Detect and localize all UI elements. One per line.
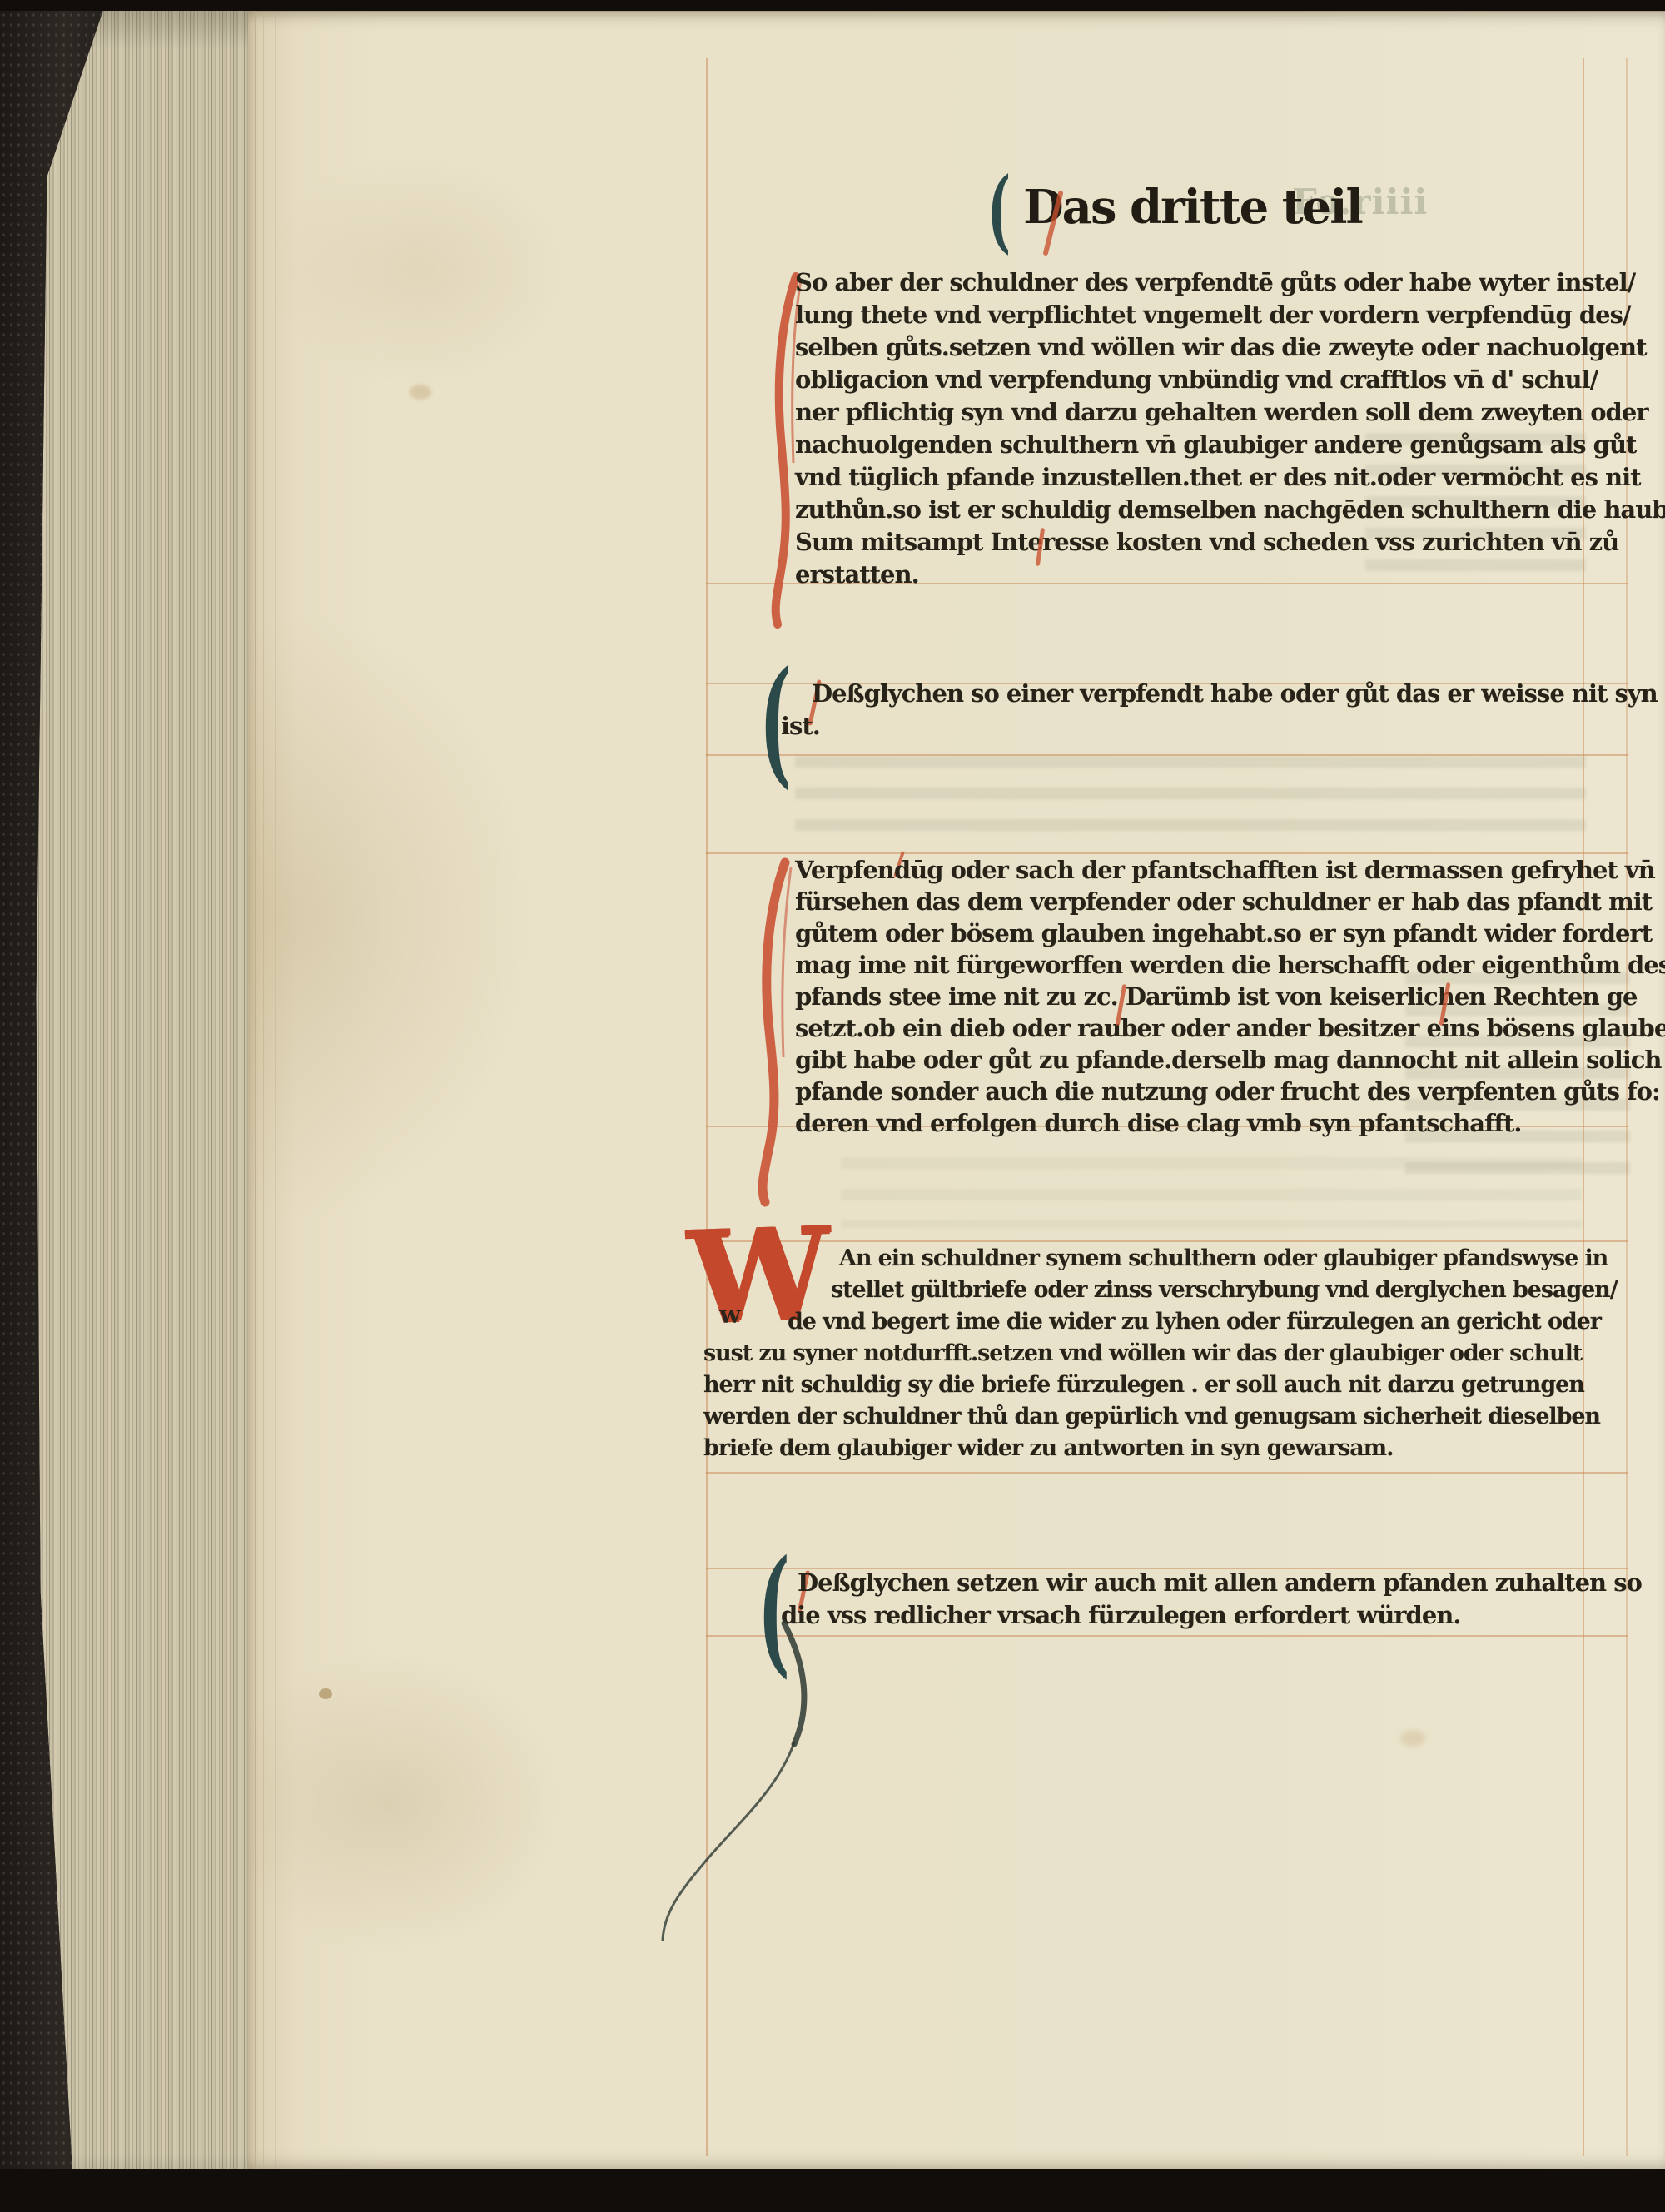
page-stack-foredge (35, 0, 285, 2212)
bottom-shadow-band (0, 2169, 1665, 2212)
calligraphic-tail-flourish (629, 1619, 846, 1952)
text-line: lung thete vnd verpflichtet vngemelt der… (795, 301, 1665, 333)
text-line: An ein schuldner synem schulthern oder g… (703, 1245, 1617, 1277)
text-line: setzt.ob ein dieb oder rauber oder ander… (795, 1014, 1665, 1046)
text-line: ner pflichtig syn vnd darzu gehalten wer… (795, 398, 1665, 430)
text-line: erstatten. (795, 560, 1665, 593)
ruling-line-horizontal (706, 852, 1628, 854)
text-line: pfands stee ime nit zu zc. Darümb ist vo… (795, 982, 1665, 1014)
rubric-flourish (753, 857, 800, 1207)
text-line: gibt habe oder gůt zu pfande.derselb mag… (795, 1046, 1665, 1077)
text-line: mag ime nit fürgeworffen werden die hers… (795, 951, 1665, 982)
text-line: die vss redlicher vrsach fürzulegen erfo… (781, 1601, 1642, 1633)
paragraph: Deßglychen so einer verpfendt habe oder … (781, 679, 1658, 744)
ghost-showthrough (841, 1157, 1582, 1228)
paragraph: Deßglychen setzen wir auch mit allen and… (781, 1568, 1642, 1633)
text-line: deren vnd erfolgen durch dise clag vmb s… (795, 1109, 1665, 1141)
text-line: Deßglychen so einer verpfendt habe oder … (781, 679, 1658, 712)
text-line: selben gůts.setzen vnd wöllen wir das di… (795, 333, 1665, 365)
text-line: gůtem oder bösem glauben ingehabt.so er … (795, 919, 1665, 951)
text-line: werden der schuldner thů dan gepürlich v… (703, 1404, 1617, 1435)
stain (1400, 1730, 1425, 1747)
leaf-edge-line (255, 11, 256, 2169)
text-line: de vnd begert ime die wider zu lyhen ode… (703, 1309, 1617, 1340)
stain (410, 385, 431, 400)
text-line: Sum mitsampt Interesse kosten vnd schede… (795, 528, 1665, 560)
stain (319, 1688, 332, 1699)
text-line: herr nit schuldig sy die briefe fürzuleg… (703, 1372, 1617, 1404)
leaf-edge-line (275, 11, 276, 2169)
pilcrow-mark: ( (987, 175, 1010, 246)
text-line: briefe dem glaubiger wider zu antworten … (703, 1435, 1617, 1467)
ruling-line-horizontal (706, 1472, 1628, 1474)
top-shadow-band (0, 0, 1665, 11)
text-line: nachuolgenden schulthern vn̄ glaubiger a… (795, 430, 1665, 463)
leaf-edge-line (263, 11, 264, 2169)
text-line: pfande sonder auch die nutzung oder fruc… (795, 1077, 1665, 1109)
ghost-showthrough (795, 756, 1586, 841)
text-line: sust zu syner notdurfft.setzen vnd wölle… (703, 1340, 1617, 1372)
text-line: zuthůn.so ist er schuldig demselben nach… (795, 495, 1665, 528)
text-line: stellet gültbriefe oder zinss verschrybu… (703, 1277, 1617, 1309)
text-line: obligacion vnd verpfendung vnbündig vnd … (795, 365, 1665, 398)
text-line: vnd tüglich pfande inzustellen.thet er d… (795, 463, 1665, 495)
text-line: Verpfendūg oder sach der pfantschafften … (795, 856, 1665, 887)
text-line: fürsehen das dem verpfender oder schuldn… (795, 887, 1665, 919)
paragraph: So aber der schuldner des verpfendtē gůt… (795, 268, 1665, 593)
text-line: ist. (781, 712, 1658, 744)
heading-text: Das dritte teil (1023, 180, 1362, 235)
scanned-book-page: Fo.riiii ( Das dritte teil So aber der s… (0, 0, 1665, 2212)
ruling-line-horizontal (706, 754, 1628, 756)
text-line: Deßglychen setzen wir auch mit allen and… (781, 1568, 1642, 1601)
text-line: So aber der schuldner des verpfendtē gůt… (795, 268, 1665, 301)
paragraph: Verpfendūg oder sach der pfantschafften … (795, 856, 1665, 1141)
ruling-line-horizontal (706, 1240, 1628, 1242)
page-heading: ( Das dritte teil (987, 180, 1362, 246)
paragraph: An ein schuldner synem schulthern oder g… (703, 1245, 1617, 1467)
